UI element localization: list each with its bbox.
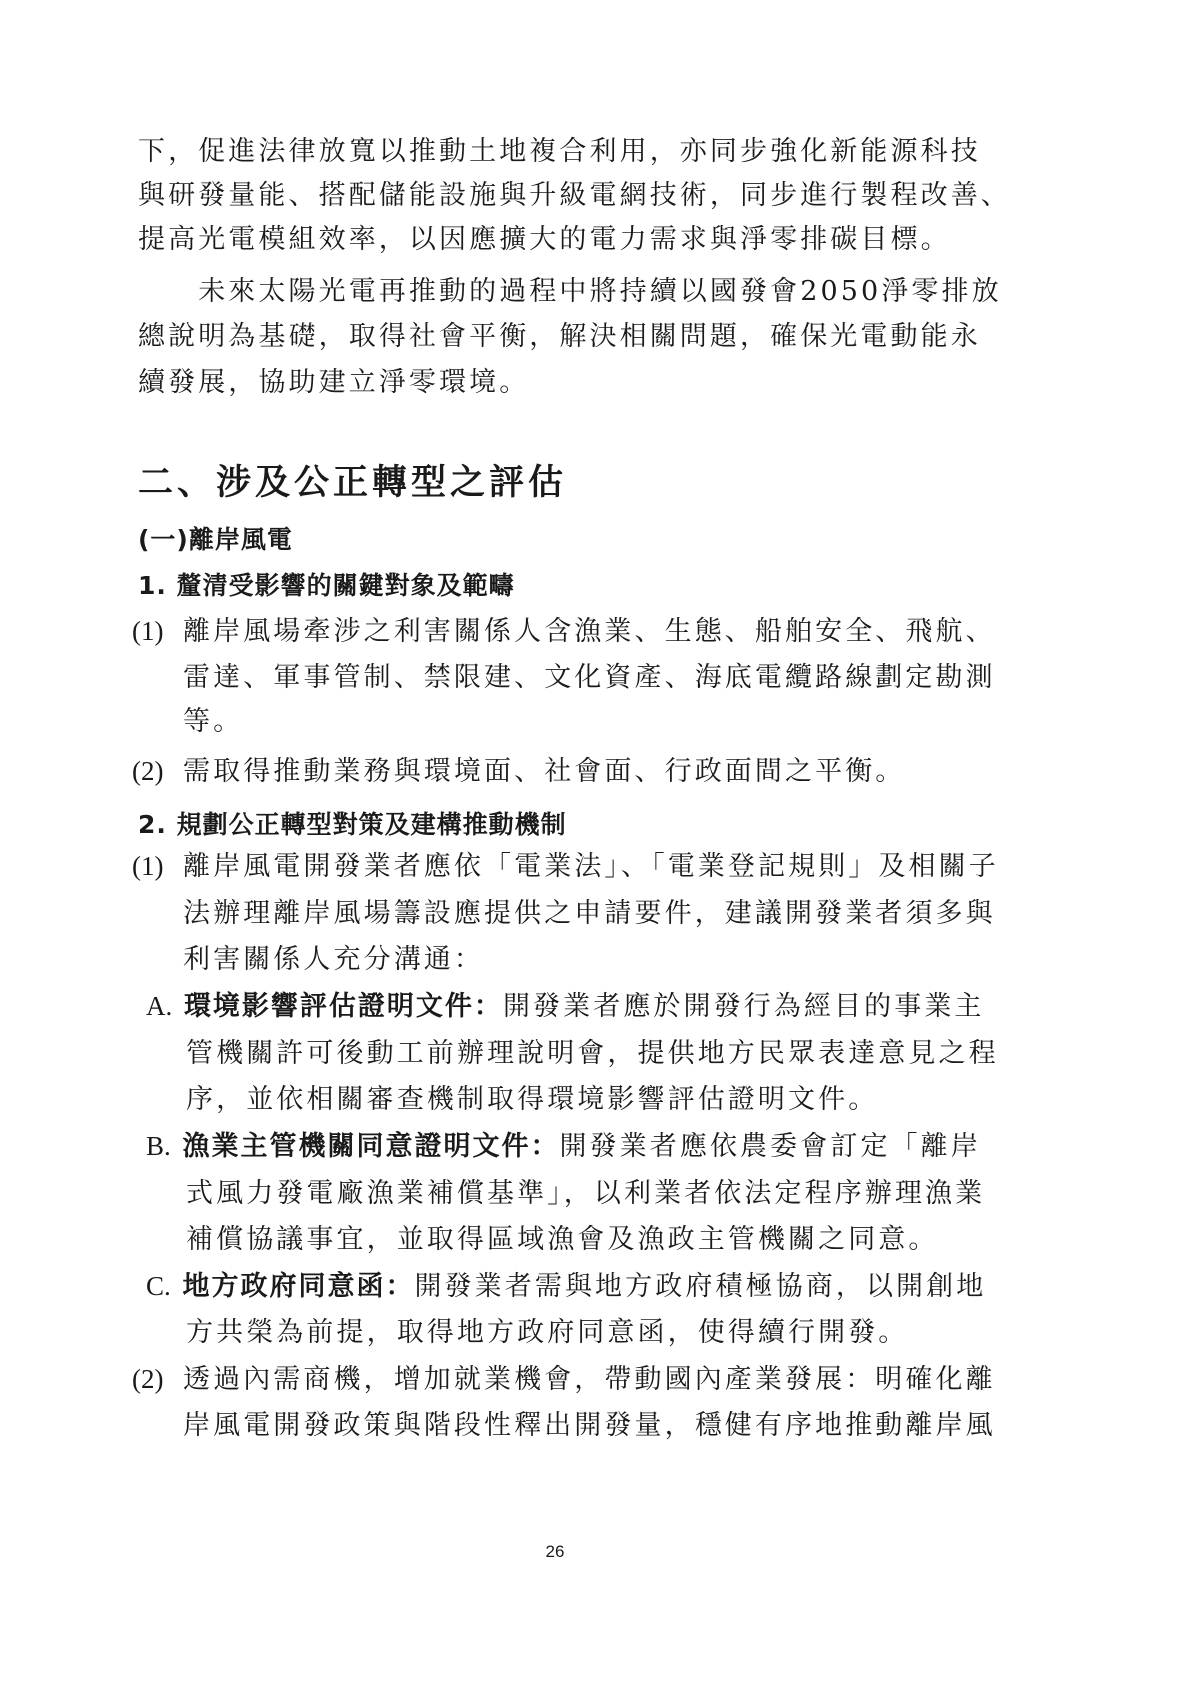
- subsection-title: (一)離岸風電: [138, 520, 293, 556]
- subitem-label: A.: [146, 991, 172, 1021]
- subitem-bold-title: 地方政府同意函：: [182, 1271, 414, 1302]
- item2-p2-line: 透過內需商機，增加就業機會，帶動國內產業發展：明確化離: [183, 1366, 996, 1393]
- item2-p1-line: 利害關係人充分溝通：: [183, 946, 484, 973]
- section-title: 二、涉及公正轉型之評估: [138, 455, 567, 505]
- subitem-label: C.: [146, 1271, 171, 1301]
- intro-line: 與研發量能、搭配儲能設施與升級電網技術，同步進行製程改善、: [138, 182, 1011, 209]
- subitem-bold-title: 漁業主管機關同意證明文件：: [182, 1131, 559, 1162]
- item2-heading: 2. 規劃公正轉型對策及建構推動機制: [138, 805, 567, 841]
- subitem-bold-title: 環境影響評估證明文件：: [184, 991, 503, 1022]
- subitem-text: 開發業者應於開發行為經目的事業主: [503, 991, 985, 1022]
- subitem-c: C. 地方政府同意函：開發業者需與地方政府積極協商，以開創地: [146, 1273, 986, 1300]
- subitem-a-line: 序，並依相關審查機制取得環境影響評估證明文件。: [186, 1086, 878, 1113]
- item1-heading: 1. 釐清受影響的關鍵對象及範疇: [138, 566, 515, 602]
- item2-p1-line: 法辦理離岸風場籌設應提供之申請要件，建議開發業者須多與: [183, 900, 996, 927]
- intro-line: 總說明為基礎，取得社會平衡，解決相關問題，確保光電動能永: [138, 323, 981, 350]
- page-number: 26: [0, 1542, 1110, 1562]
- item2-p1-line: 離岸風電開發業者應依「電業法」、「電業登記規則」及相關子: [183, 853, 999, 880]
- subitem-b-line: 補償協議事宜，並取得區域漁會及漁政主管機關之同意。: [186, 1226, 939, 1253]
- item1-p1-line: 離岸風場牽涉之利害關係人含漁業、生態、船舶安全、飛航、: [183, 618, 996, 645]
- item1-p1-line: 雷達、軍事管制、禁限建、文化資產、海底電纜路線劃定勘測: [183, 664, 996, 691]
- subitem-a: A. 環境影響評估證明文件：開發業者應於開發行為經目的事業主: [146, 993, 985, 1020]
- item2-p2-line: 岸風電開發政策與階段性釋出開發量，穩健有序地推動離岸風: [183, 1412, 996, 1439]
- subitem-label: B.: [146, 1131, 171, 1161]
- document-page: 下，促進法律放寬以推動土地複合利用，亦同步強化新能源科技 與研發量能、搭配儲能設…: [0, 0, 1190, 1683]
- list-label: (2): [132, 1366, 163, 1393]
- item1-p2-line: 需取得推動業務與環境面、社會面、行政面間之平衡。: [183, 758, 905, 785]
- intro-line: 未來太陽光電再推動的過程中將持續以國發會2050淨零排放: [138, 278, 1002, 305]
- subitem-b-line: 式風力發電廠漁業補償基準」，以利業者依法定程序辦理漁業: [186, 1180, 985, 1207]
- subitem-a-line: 管機關許可後動工前辦理說明會，提供地方民眾表達意見之程: [186, 1040, 999, 1067]
- item1-p1-line: 等。: [183, 708, 243, 735]
- intro-line: 續發展，協助建立淨零環境。: [138, 369, 529, 396]
- subitem-text: 開發業者應依農委會訂定「離岸: [559, 1131, 980, 1162]
- list-label: (1): [132, 853, 163, 880]
- intro-line: 下，促進法律放寬以推動土地複合利用，亦同步強化新能源科技: [138, 138, 981, 165]
- intro-line: 提高光電模組效率，以因應擴大的電力需求與淨零排碳目標。: [138, 226, 951, 253]
- list-label: (2): [132, 758, 163, 785]
- subitem-c-line: 方共榮為前提，取得地方政府同意函，使得續行開發。: [186, 1319, 908, 1346]
- subitem-b: B. 漁業主管機關同意證明文件：開發業者應依農委會訂定「離岸: [146, 1133, 981, 1160]
- list-label: (1): [132, 618, 163, 645]
- subitem-text: 開發業者需與地方政府積極協商，以開創地: [414, 1271, 986, 1302]
